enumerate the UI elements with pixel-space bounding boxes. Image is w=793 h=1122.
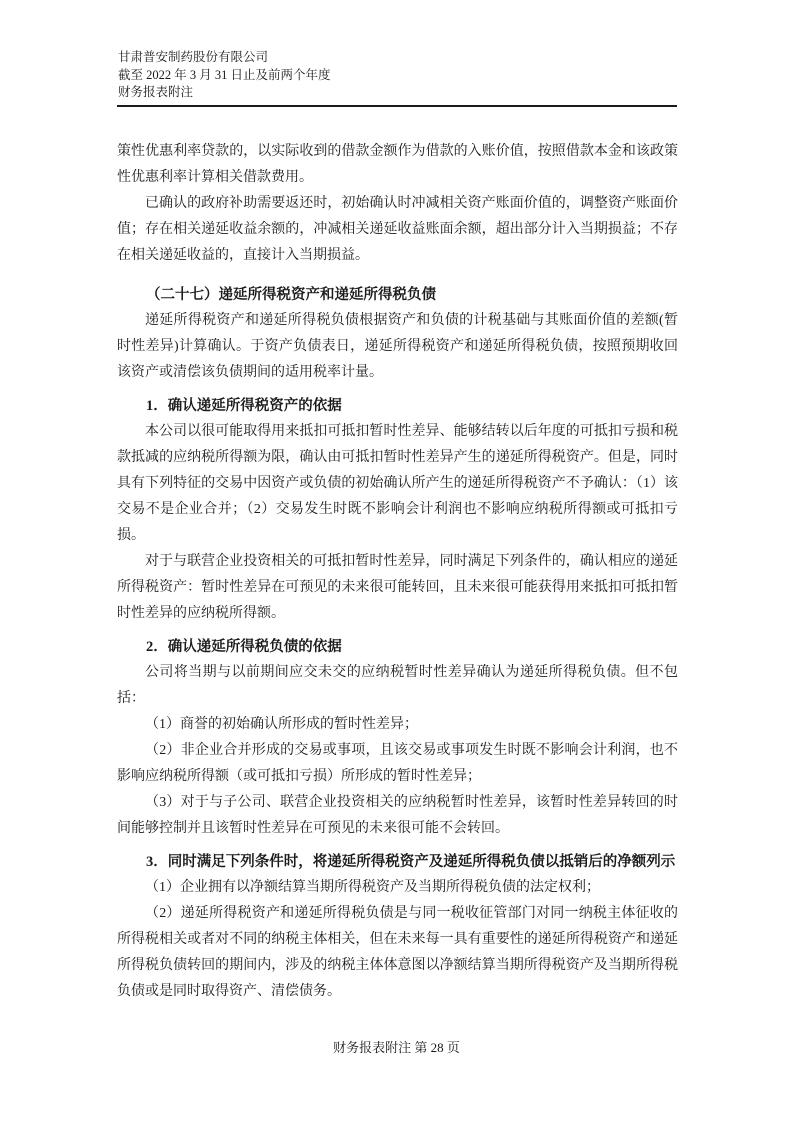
document-body: 策性优惠利率贷款的，以实际收到的借款金额作为借款的入账价值，按照借款本金和该政策… bbox=[117, 139, 678, 1005]
list-item: （2）递延所得税资产和递延所得税负债是与同一税收征管部门对同一纳税主体征收的所得… bbox=[117, 901, 678, 1005]
page-footer: 财务报表附注 第 28 页 bbox=[0, 1038, 793, 1058]
list-item: （1）企业拥有以净额结算当期所得税资产及当期所得税负债的法定权利； bbox=[117, 875, 678, 901]
paragraph: 本公司以很可能取得用来抵扣可抵扣暂时性差异、能够结转以后年度的可抵扣亏损和税款抵… bbox=[117, 419, 678, 549]
page-header: 甘肃普安制药股份有限公司 截至 2022 年 3 月 31 日止及前两个年度 财… bbox=[118, 49, 331, 102]
sub-heading-1: 1．确认递延所得税资产的依据 bbox=[117, 393, 678, 419]
paragraph: 对于与联营企业投资相关的可抵扣暂时性差异，同时满足下列条件的，确认相应的递延所得… bbox=[117, 549, 678, 627]
paragraph: 已确认的政府补助需要返还时，初始确认时冲减相关资产账面价值的，调整资产账面价值；… bbox=[117, 191, 678, 269]
footer-text: 财务报表附注 第 28 页 bbox=[333, 1040, 460, 1055]
list-item: （3）对于与子公司、联营企业投资相关的应纳税暂时性差异，该暂时性差异转回的时间能… bbox=[117, 790, 678, 842]
sub-heading-2: 2．确认递延所得税负债的依据 bbox=[117, 634, 678, 660]
document-title: 财务报表附注 bbox=[118, 84, 331, 102]
document-page: 甘肃普安制药股份有限公司 截至 2022 年 3 月 31 日止及前两个年度 财… bbox=[0, 0, 793, 1122]
report-period: 截至 2022 年 3 月 31 日止及前两个年度 bbox=[118, 67, 331, 85]
paragraph: 策性优惠利率贷款的，以实际收到的借款金额作为借款的入账价值，按照借款本金和该政策… bbox=[117, 139, 678, 191]
paragraph: 递延所得税资产和递延所得税负债根据资产和负债的计税基础与其账面价值的差额(暂时性… bbox=[117, 308, 678, 386]
list-item: （1）商誉的初始确认所形成的暂时性差异； bbox=[117, 712, 678, 738]
section-heading: （二十七）递延所得税资产和递延所得税负债 bbox=[117, 282, 678, 308]
header-divider bbox=[117, 105, 677, 107]
sub-heading-3: 3．同时满足下列条件时，将递延所得税资产及递延所得税负债以抵销后的净额列示 bbox=[117, 849, 678, 875]
company-name: 甘肃普安制药股份有限公司 bbox=[118, 49, 331, 67]
paragraph: 公司将当期与以前期间应交未交的应纳税暂时性差异确认为递延所得税负债。但不包括： bbox=[117, 660, 678, 712]
list-item: （2）非企业合并形成的交易或事项，且该交易或事项发生时既不影响会计利润，也不影响… bbox=[117, 738, 678, 790]
